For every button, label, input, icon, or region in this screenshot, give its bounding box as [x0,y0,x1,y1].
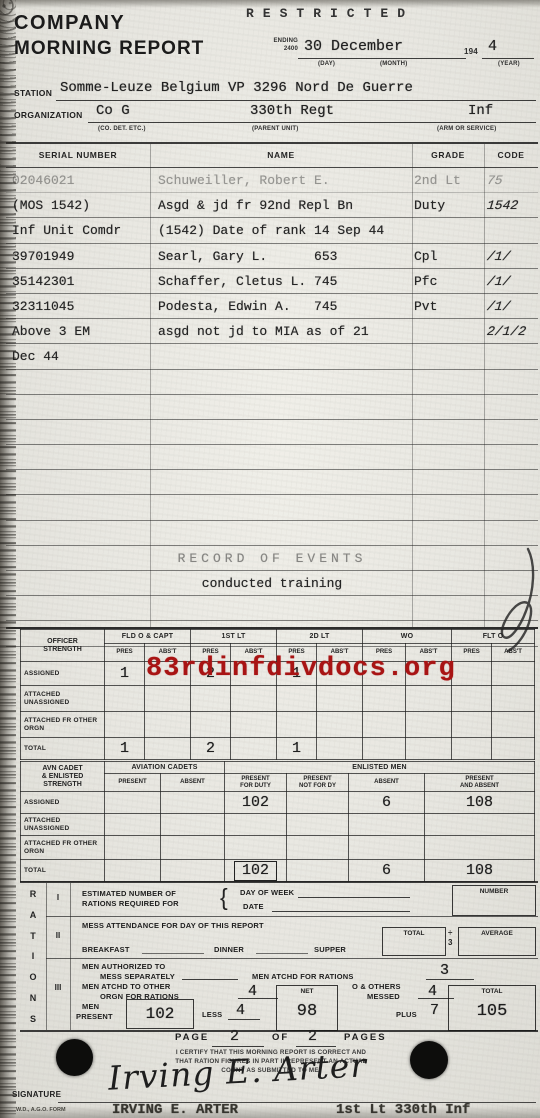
roster-row: Inf Unit Comdr(1542) Date of rank 14 Sep… [6,218,538,243]
strength-value-cell [452,686,492,712]
strength-value-cell [406,738,452,760]
org-parent-value: 330th Regt [250,103,334,119]
signature-label: SIGNATURE [12,1090,61,1099]
strength-value-cell: 1 [277,738,317,760]
atchd-for-rations-value: 3 [440,962,449,979]
roster-table: SERIAL NUMBER NAME GRADE CODE 02046021Sc… [6,142,538,629]
roster-cell: Pvt [414,299,437,314]
rations-part-iii: III [46,983,70,992]
page-number-blank [212,1046,264,1047]
men-authorized-line1: MEN AUTHORIZED TO [82,962,165,971]
roster-header-name: NAME [150,150,412,160]
page-number-value: 2 [230,1028,239,1045]
rations-hline-1 [46,916,538,917]
boxed-value: 102 [234,861,277,881]
roster-cell: 2nd Lt [414,173,461,188]
strength-value-cell [145,686,191,712]
strength-value-cell [161,860,225,882]
strength-value-cell [105,686,145,712]
plus-value: 7 [430,1002,439,1019]
less-value: 4 [236,1002,245,1019]
roster-cell: Dec 44 [12,349,59,364]
strength-row: ATTACHED FR OTHER ORGN [21,712,535,738]
strength-value-cell [287,860,349,882]
year-sublabel: (YEAR) [498,61,520,67]
date-label: DATE [243,902,264,911]
strength-row-label: ATTACHED FR OTHER ORGN [21,836,105,860]
average-box: AVERAGE [458,927,536,956]
strength-value-cell [287,814,349,836]
strength-row: ATTACHED UNASSIGNED [21,814,535,836]
net-box: NET 98 [276,985,338,1031]
officer-sub-pres: PRES [452,644,492,662]
number-box: NUMBER [452,885,536,916]
men-authorized-line2: MESS SEPARATELY [100,972,175,981]
strength-value-cell [363,738,406,760]
dinner-blank [256,953,308,954]
strength-value-cell: 108 [425,792,535,814]
of-label: OF [272,1032,289,1043]
enlisted-group-header-row: AVN CADET & ENLISTED STRENGTH AVIATION C… [21,762,535,774]
record-of-events-text: RECORD OF EVENTS [6,551,538,566]
roster-cell: Schuweiller, Robert E. [158,173,330,188]
rations-letter: A [30,910,37,920]
brace-glyph: { [220,884,228,911]
rations-part-ii: II [46,931,70,940]
strength-row-label: TOTAL [21,738,105,760]
enlisted-col-present: PRESENT [105,774,161,792]
page-label: PAGE [175,1032,209,1043]
roster-row [6,395,538,420]
rations-letter: I [32,951,35,961]
strength-value-cell [105,712,145,738]
roster-cell: 1542 [486,198,519,213]
strength-value-cell [425,836,535,860]
strength-row: TOTAL1026108 [21,860,535,882]
roster-cell: /1/ [486,249,511,264]
organization-label: ORGANIZATION [14,110,83,120]
estimated-rations-line2: RATIONS REQUIRED FOR [82,899,179,908]
roster-header-grade: GRADE [412,150,484,160]
enlisted-col-present-notduty: PRESENT NOT FOR DY [287,774,349,792]
roster-cell: Searl, Gary L. 653 [158,249,337,264]
hole-punch-left [56,1039,93,1076]
officer-corner-label: OFFICER STRENGTH [21,630,105,662]
roster-cell: Pfc [414,274,437,289]
pages-total-value: 2 [308,1028,317,1045]
station-label: STATION [14,88,52,98]
year-value: 4 [488,38,497,55]
strength-value-cell [452,662,492,686]
officer-group-wo: WO [363,630,452,644]
less-label: LESS [202,1010,222,1019]
strength-row-label: ATTACHED UNASSIGNED [21,686,105,712]
rations-part-i: I [46,893,70,902]
strength-value-cell [225,814,287,836]
day-of-week-label: DAY OF WEEK [240,888,294,897]
organization-underline [88,122,536,123]
report-date-value: 30 December [304,38,403,55]
roster-row: 35142301Schaffer, Cletus L. 745Pfc/1/ [6,269,538,294]
typed-signature-unit: 1st Lt 330th Inf [336,1102,470,1118]
grand-total-box-label: TOTAL [449,988,535,995]
org-arm-value: Inf [468,103,493,119]
strength-value-cell [231,738,277,760]
strength-value-cell [492,662,535,686]
strength-value-cell [363,686,406,712]
roster-cell: 32311045 [12,299,74,314]
rations-hline-2 [46,958,538,959]
roster-row [6,445,538,470]
roster-row: RECORD OF EVENTS [6,546,538,571]
roster-cell: 2/1/2 [486,324,527,339]
strength-value-cell [231,686,277,712]
enlisted-col-absent2: ABSENT [349,774,425,792]
roster-row: Above 3 EMasgd not jd to MIA as of 212/1… [6,319,538,344]
typed-signature-name: IRVING E. ARTER [112,1102,238,1118]
org-unit-value: Co G [96,103,130,119]
strength-value-cell [145,738,191,760]
day-of-week-blank [298,897,410,898]
roster-cell: 35142301 [12,274,74,289]
atchd-other-line1: MEN ATCHD TO OTHER [82,982,170,991]
record-of-events-text: conducted training [6,576,538,591]
supper-label: SUPPER [314,945,346,954]
org-unit-sublabel: (CO. DET. ETC.) [98,126,146,132]
rations-vline-1 [46,883,47,1030]
roster-cell: Duty [414,198,445,213]
form-number-note: W.D., A.G.O. FORM [16,1107,66,1113]
strength-row-label: ASSIGNED [21,792,105,814]
rations-section: RATIONS I II III ESTIMATED NUMBER OF RAT… [20,881,538,1032]
roster-row [6,495,538,520]
roster-cell: 02046021 [12,173,74,188]
breakfast-label: BREAKFAST [82,945,130,954]
roster-cell: Asgd & jd fr 92nd Repl Bn [158,198,353,213]
roster-cell: Cpl [414,249,437,264]
strength-value-cell [191,686,231,712]
strength-value-cell [317,686,363,712]
strength-value-cell [492,686,535,712]
year-prefix: 194 [464,47,478,56]
enlisted-col-present-absent: PRESENT AND ABSENT [425,774,535,792]
total-box-label: TOTAL [383,930,445,937]
roster-cell: Schaffer, Cletus L. 745 [158,274,337,289]
strength-value-cell: 2 [191,738,231,760]
roster-row [6,420,538,445]
ending-label-2: 2400 [258,46,298,52]
officer-corner-line1: OFFICER [21,638,104,646]
month-sublabel: (MONTH) [380,61,407,67]
mess-attendance-label: MESS ATTENDANCE FOR DAY OF THIS REPORT [82,921,264,930]
strength-value-cell [492,712,535,738]
strength-value-cell [425,814,535,836]
men-present-value: 102 [127,1005,193,1023]
strength-value-cell [277,686,317,712]
roster-row: 02046021Schuweiller, Robert E.2nd Lt75 [6,168,538,193]
officer-group-header-row: OFFICER STRENGTH FLD O & CAPT 1ST LT 2D … [21,630,535,644]
roster-header-code: CODE [484,150,538,160]
strength-value-cell: 1 [105,662,145,686]
strength-row-label: ATTACHED FR OTHER ORGN [21,712,105,738]
men-present-line2: PRESENT [76,1012,113,1021]
strength-value-cell [105,814,161,836]
enlisted-col-present-duty: PRESENT FOR DUTY [225,774,287,792]
pages-label: PAGES [344,1032,387,1043]
grand-total-value: 105 [449,1002,535,1021]
strength-value-cell [406,686,452,712]
roster-header-serial: SERIAL NUMBER [6,150,150,160]
strength-value-cell [287,792,349,814]
atchd-for-rations-label: MEN ATCHD FOR RATIONS [252,972,354,981]
officer-corner-line2: STRENGTH [21,646,104,654]
roster-row: 39701949Searl, Gary L. 653Cpl/1/ [6,244,538,269]
roster-row: (MOS 1542)Asgd & jd fr 92nd Repl BnDuty1… [6,193,538,218]
enlisted-group-enlisted: ENLISTED MEN [225,762,535,774]
strength-value-cell [105,836,161,860]
officer-group-fldo: FLD O & CAPT [105,630,191,644]
strength-value-cell [406,712,452,738]
strength-row: ATTACHED FR OTHER ORGN [21,836,535,860]
morning-report-page: RESTRICTED COMPANY MORNING REPORT ENDING… [0,0,540,1118]
enlisted-col-absent: ABSENT [161,774,225,792]
strength-value-cell [277,712,317,738]
strength-value-cell [145,712,191,738]
breakfast-blank [142,953,204,954]
enlisted-group-cadets: AVIATION CADETS [105,762,225,774]
officer-group-flto: FLT O [452,630,535,644]
strength-value-cell [317,738,363,760]
roster-row: Dec 44 [6,344,538,369]
roster-cell: /1/ [486,274,511,289]
strength-row-label: ASSIGNED [21,662,105,686]
strength-value-cell: 108 [425,860,535,882]
watermark-text: 83rdinfdivdocs.org [146,654,456,684]
strength-value-cell: 6 [349,860,425,882]
roster-cell: 39701949 [12,249,74,264]
average-box-label: AVERAGE [459,930,535,937]
day-sublabel: (DAY) [318,61,335,67]
less-blank [228,1019,260,1020]
rations-vline-2 [70,883,71,1030]
strength-row-label: ATTACHED UNASSIGNED [21,814,105,836]
form-title-line2: MORNING REPORT [14,38,204,60]
officer-group-1stlt: 1ST LT [191,630,277,644]
enlisted-corner-line2: & ENLISTED [21,773,104,781]
officer-strength-table: OFFICER STRENGTH FLD O & CAPT 1ST LT 2D … [20,629,535,760]
rations-letter: S [30,1014,36,1024]
enlisted-corner-line3: STRENGTH [21,781,104,789]
strength-value-cell [161,814,225,836]
roster-cell: (1542) Date of rank 14 Sep 44 [158,223,384,238]
strength-value-cell [161,836,225,860]
strength-value-cell [492,738,535,760]
grand-total-box: TOTAL 105 [448,985,536,1031]
mess-separately-blank [182,979,238,980]
strength-value-cell [225,836,287,860]
net-box-label: NET [277,988,337,995]
others-line1: O & OTHERS [352,982,401,991]
station-underline [56,100,536,101]
roster-cell: Podesta, Edwin A. 745 [158,299,337,314]
strength-row: ATTACHED UNASSIGNED [21,686,535,712]
strength-value-cell [363,712,406,738]
strength-value-cell [452,738,492,760]
strength-value-cell [349,836,425,860]
roster-row [6,370,538,395]
strength-value-cell [287,836,349,860]
roster-header-row: SERIAL NUMBER NAME GRADE CODE [6,144,538,168]
rations-letter: R [30,889,37,899]
enlisted-strength-table: AVN CADET & ENLISTED STRENGTH AVIATION C… [20,761,535,882]
strength-value-cell [191,712,231,738]
station-value: Somme-Leuze Belgium VP 3296 Nord De Guer… [60,80,413,96]
roster-row [6,596,538,621]
form-title-line1: COMPANY [14,12,125,35]
hole-punch-right [410,1041,448,1079]
men-present-line1: MEN [82,1002,99,1011]
roster-cell: Above 3 EM [12,324,90,339]
atchd-other-blank [238,998,278,999]
rations-letter: T [30,931,36,941]
officer-sub-abst: ABS'T [492,644,535,662]
atchd-for-rations-blank [426,979,474,980]
others-line2: MESSED [367,992,400,1001]
number-box-label: NUMBER [453,888,535,895]
roster-row [6,521,538,546]
ending-label-1: ENDING [258,38,298,44]
scan-edge-left [0,0,16,1118]
org-arm-sublabel: (ARM OR SERVICE) [437,126,496,132]
enlisted-corner-line1: AVN CADET [21,765,104,773]
strength-value-cell: 102 [225,792,287,814]
strength-value-cell [452,712,492,738]
date-underline [298,58,466,59]
year-underline [482,58,534,59]
strength-value-cell [105,860,161,882]
roster-cell: asgd not jd to MIA as of 21 [158,324,369,339]
strength-value-cell [317,712,363,738]
classification-banner: RESTRICTED [180,6,480,21]
total-box: TOTAL [382,927,446,956]
strength-value-cell [231,712,277,738]
roster-cell: (MOS 1542) [12,198,90,213]
officer-sub-pres: PRES [105,644,145,662]
dinner-label: DINNER [214,945,244,954]
roster-cell: 75 [486,173,503,188]
divide-sign: ÷ [448,928,452,937]
strength-value-cell: 6 [349,792,425,814]
roster-row [6,470,538,495]
rations-letter: N [30,993,37,1003]
strength-value-cell: 102 [225,860,287,882]
strength-row-label: TOTAL [21,860,105,882]
date-blank [272,911,410,912]
org-parent-sublabel: (PARENT UNIT) [252,126,298,132]
strength-value-cell [349,814,425,836]
strength-value-cell: 1 [105,738,145,760]
roster-cell: Inf Unit Comdr [12,223,121,238]
net-value: 98 [277,1002,337,1021]
strength-value-cell [105,792,161,814]
men-present-box: 102 [126,999,194,1029]
rations-letter: O [29,972,36,982]
officer-group-2dlt: 2D LT [277,630,363,644]
rations-vertical-label: RATIONS [20,889,46,1024]
roster-row: 32311045Podesta, Edwin A. 745Pvt/1/ [6,294,538,319]
strength-value-cell [161,792,225,814]
plus-label: PLUS [396,1010,417,1019]
estimated-rations-line1: ESTIMATED NUMBER OF [82,889,176,898]
roster-row: conducted training [6,571,538,596]
strength-row: TOTAL121 [21,738,535,760]
strength-row: ASSIGNED1026108 [21,792,535,814]
roster-cell: /1/ [486,299,511,314]
enlisted-corner-label: AVN CADET & ENLISTED STRENGTH [21,762,105,792]
divide-by-value: 3 [448,938,452,947]
roster-rows: 02046021Schuweiller, Robert E.2nd Lt75(M… [6,168,538,647]
